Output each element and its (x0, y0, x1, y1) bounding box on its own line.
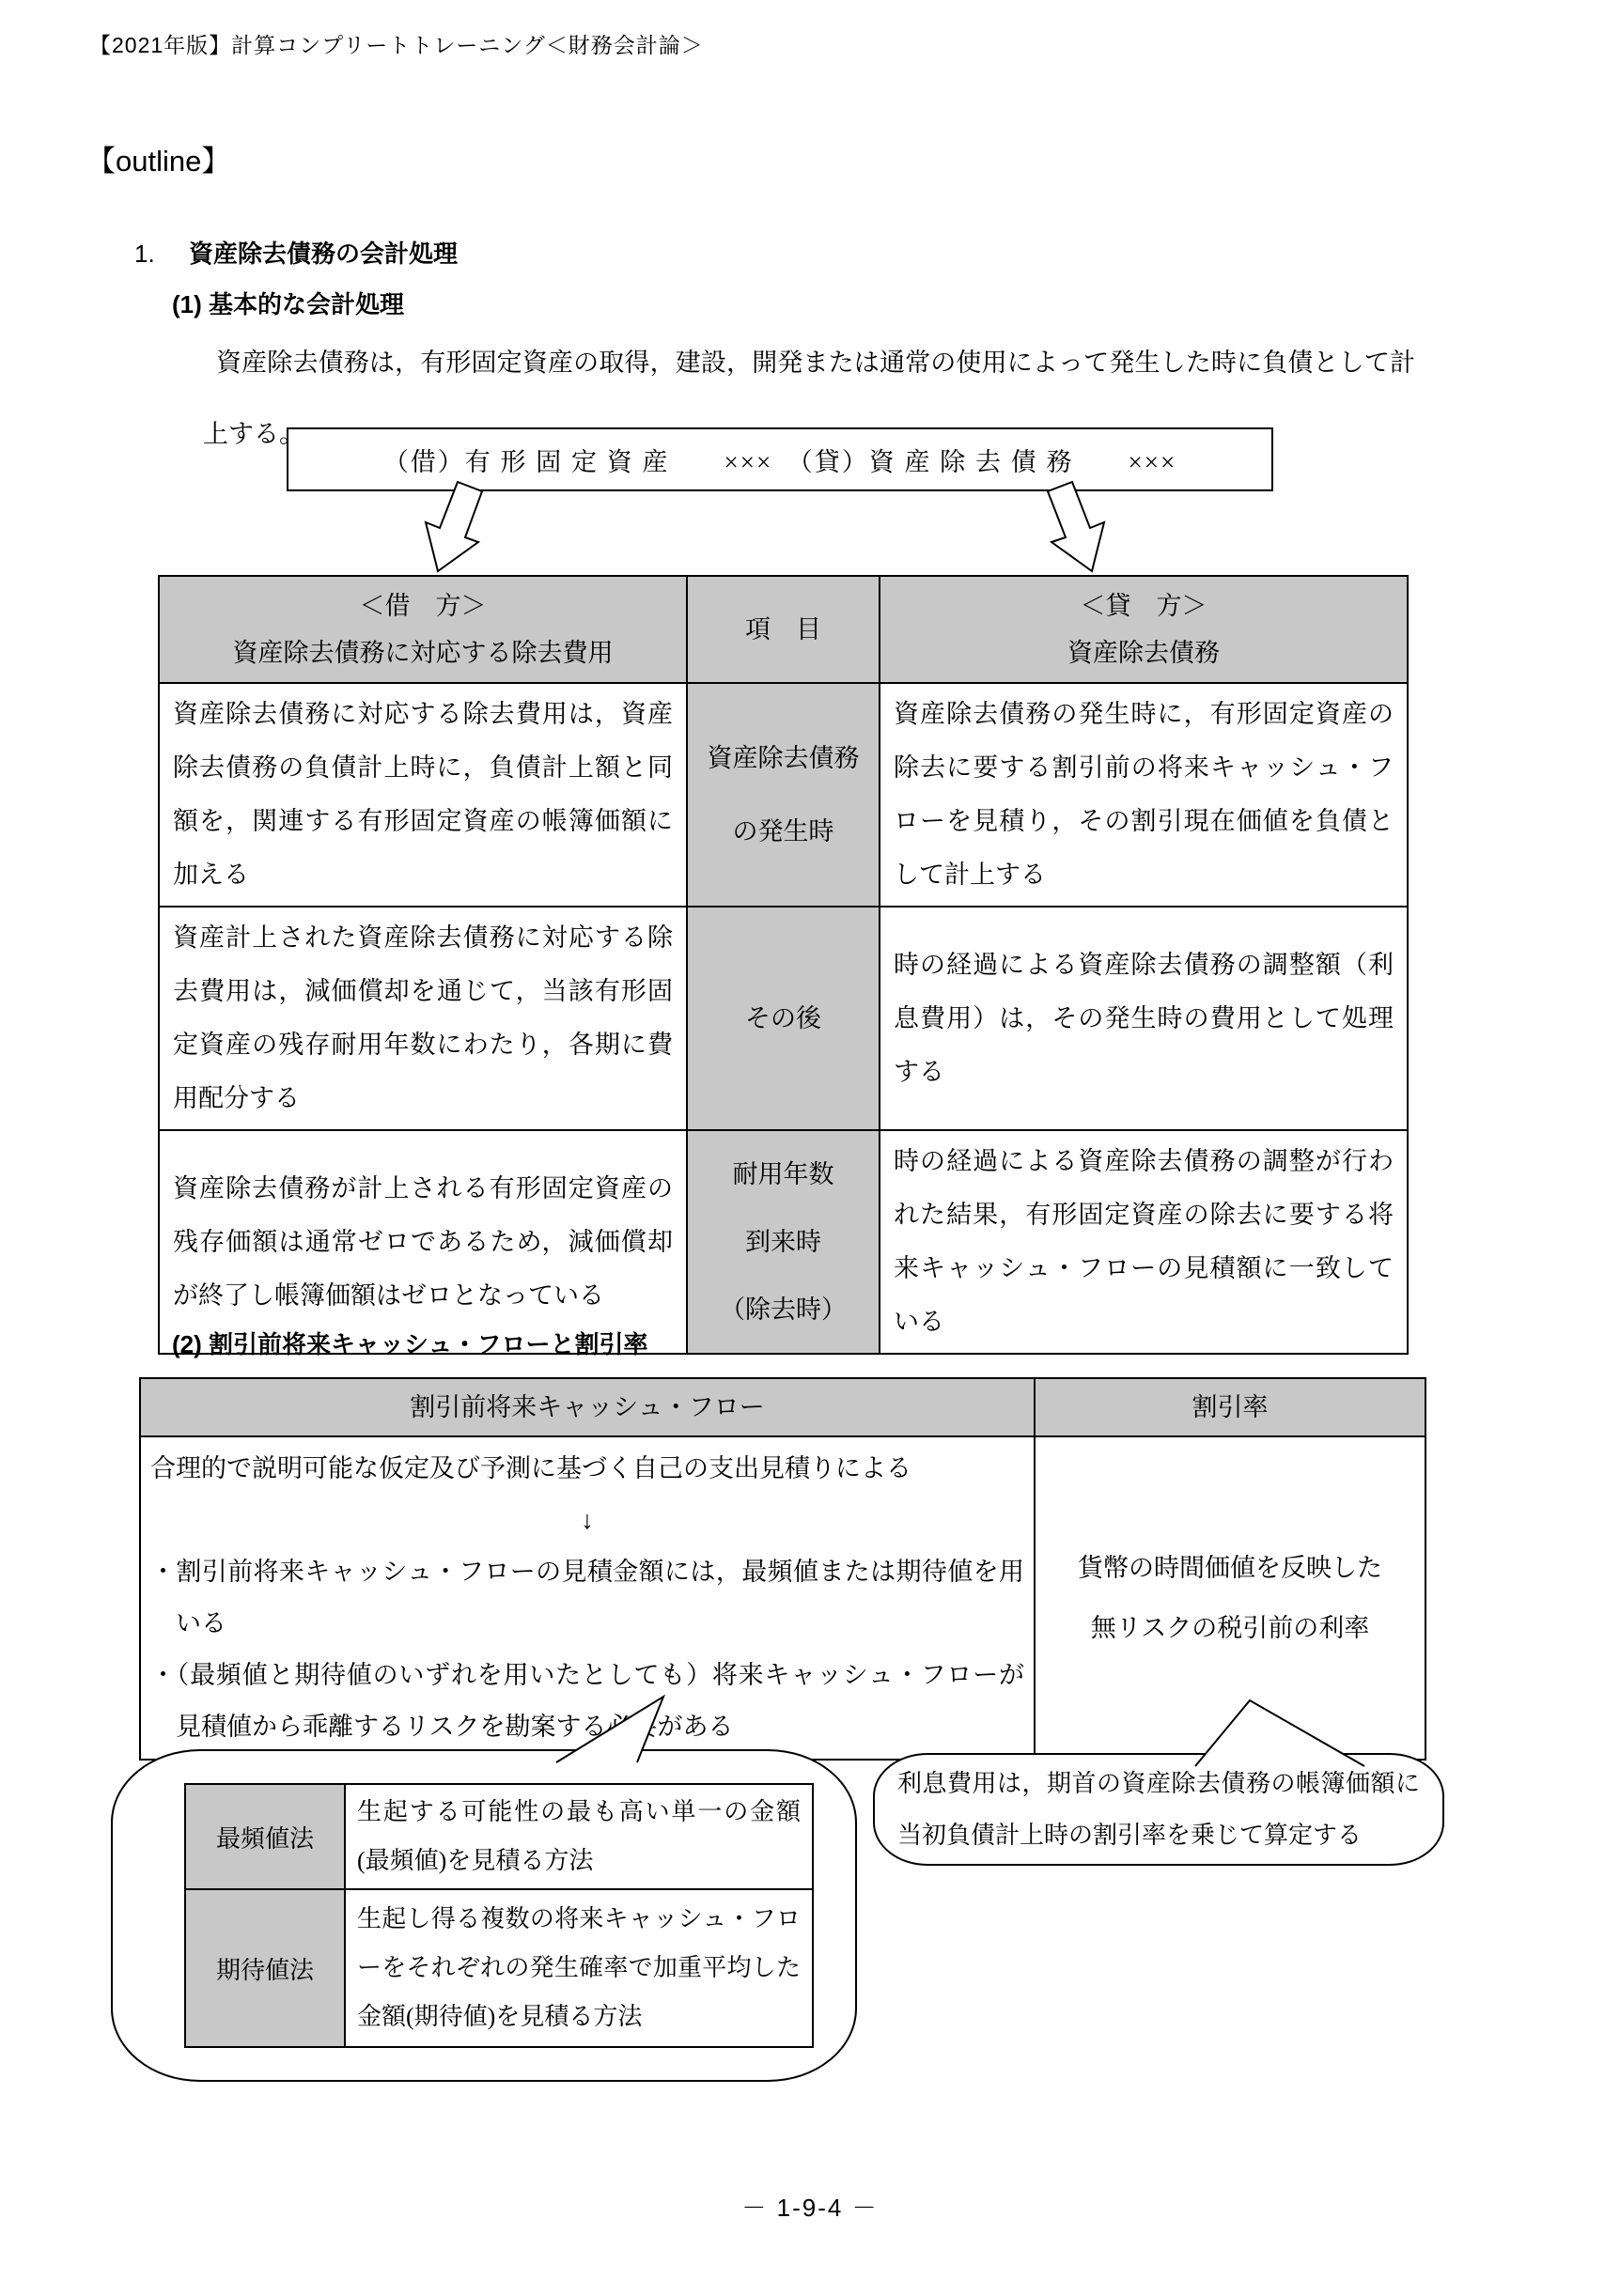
header-item: 項 目 (687, 576, 880, 683)
expected-value-method-label: 期待値法 (185, 1889, 345, 2047)
down-arrow-glyph: ↓ (150, 1495, 1024, 1546)
page-header: 【2021年版】計算コンプリートトレーニング＜財務会計論＞ (89, 28, 704, 59)
mode-method-label: 最頻値法 (185, 1784, 345, 1889)
section1-heading: 1.資産除去債務の会計処理 (134, 235, 458, 270)
page-number: － 1-9-4 － (0, 2189, 1620, 2224)
row2-credit: 時の経過による資産除去債務の調整額（利息費用）は，その発生時の費用として処理する (880, 907, 1408, 1130)
document-page: 【2021年版】計算コンプリートトレーニング＜財務会計論＞ 【outline】 … (0, 0, 1620, 2296)
header-discount-rate: 割引率 (1035, 1378, 1425, 1436)
pre-discount-cf-cell: 合理的で説明可能な仮定及び予測に基づく自己の支出見積りによる ↓ ・割引前将来キ… (140, 1436, 1035, 1760)
row3-debit: 資産除去債務が計上される有形固定資産の残存価額は通常ゼロであるため，減価償却が終… (159, 1130, 687, 1354)
journal-entry-text: （借）有 形 固 定 資 産 ××× （貸）資 産 除 去 債 務 ××× (383, 442, 1176, 478)
header-pre-discount-cf: 割引前将来キャッシュ・フロー (140, 1378, 1035, 1436)
table-row: 資産計上された資産除去債務に対応する除去費用は，減価償却を通じて，当該有形固定資… (159, 907, 1408, 1130)
row3-item: 耐用年数 到来時 （除去時） (687, 1130, 880, 1354)
table-row: 資産除去債務が計上される有形固定資産の残存価額は通常ゼロであるため，減価償却が終… (159, 1130, 1408, 1354)
estimation-methods-table: 最頻値法 生起する可能性の最も高い単一の金額(最頻値)を見積る方法 期待値法 生… (184, 1783, 814, 2048)
table-header-row: ＜借 方＞ 資産除去債務に対応する除去費用 項 目 ＜貸 方＞ 資産除去債務 (159, 576, 1408, 683)
cashflow-discount-table: 割引前将来キャッシュ・フロー 割引率 合理的で説明可能な仮定及び予測に基づく自己… (139, 1377, 1426, 1761)
interest-expense-text: 利息費用は，期首の資産除去債務の帳簿価額に当初負債計上時の割引率を乗じて算定する (897, 1758, 1420, 1861)
row2-debit: 資産計上された資産除去債務に対応する除去費用は，減価償却を通じて，当該有形固定資… (159, 907, 687, 1130)
journal-entry-box: （借）有 形 固 定 資 産 ××× （貸）資 産 除 去 債 務 ××× (287, 427, 1273, 491)
row1-debit: 資産除去債務に対応する除去費用は，資産除去債務の負債計上時に，負債計上額と同額を… (159, 683, 687, 907)
mode-method-desc: 生起する可能性の最も高い単一の金額(最頻値)を見積る方法 (345, 1784, 813, 1889)
cf-bullet1: ・割引前将来キャッシュ・フローの見積金額には，最頻値または期待値を用いる (150, 1546, 1024, 1650)
subsection2-heading: (2) 割引前将来キャッシュ・フローと割引率 (172, 1326, 647, 1360)
accounting-treatment-table: ＜借 方＞ 資産除去債務に対応する除去費用 項 目 ＜貸 方＞ 資産除去債務 資… (158, 575, 1409, 1355)
interest-expense-callout-bubble: 利息費用は，期首の資産除去債務の帳簿価額に当初負債計上時の割引率を乗じて算定する (873, 1753, 1444, 1866)
cf-line1: 合理的で説明可能な仮定及び予測に基づく自己の支出見積りによる (150, 1443, 1024, 1495)
section1-title: 資産除去債務の会計処理 (189, 240, 458, 268)
header-credit: ＜貸 方＞ 資産除去債務 (880, 576, 1408, 683)
header-debit: ＜借 方＞ 資産除去債務に対応する除去費用 (159, 576, 687, 683)
outline-heading: 【outline】 (86, 137, 230, 179)
row2-item: その後 (687, 907, 880, 1130)
section1-number: 1. (134, 240, 189, 269)
cf-bullet2: ・（最頻値と期待値のいずれを用いたとしても）将来キャッシュ・フローが見積値から乖… (150, 1650, 1024, 1753)
row1-item: 資産除去債務 の発生時 (687, 683, 880, 907)
subsection1-heading: (1) 基本的な会計処理 (172, 286, 404, 320)
table-row: 資産除去債務に対応する除去費用は，資産除去債務の負債計上時に，負債計上額と同額を… (159, 683, 1408, 907)
table-row: 最頻値法 生起する可能性の最も高い単一の金額(最頻値)を見積る方法 (185, 1784, 813, 1889)
down-arrow-left-icon (426, 482, 482, 571)
down-arrow-right-icon (1048, 482, 1104, 571)
table-row: 合理的で説明可能な仮定及び予測に基づく自己の支出見積りによる ↓ ・割引前将来キ… (140, 1436, 1425, 1760)
table-row: 期待値法 生起し得る複数の将来キャッシュ・フローをそれぞれの発生確率で加重平均し… (185, 1889, 813, 2047)
expected-value-method-desc: 生起し得る複数の将来キャッシュ・フローをそれぞれの発生確率で加重平均した金額(期… (345, 1889, 813, 2047)
table-header-row: 割引前将来キャッシュ・フロー 割引率 (140, 1378, 1425, 1436)
discount-rate-cell: 貨幣の時間価値を反映した 無リスクの税引前の利率 (1035, 1436, 1425, 1760)
row1-credit: 資産除去債務の発生時に，有形固定資産の除去に要する割引前の将来キャッシュ・フロー… (880, 683, 1408, 907)
row3-credit: 時の経過による資産除去債務の調整が行われた結果，有形固定資産の除去に要する将来キ… (880, 1130, 1408, 1354)
